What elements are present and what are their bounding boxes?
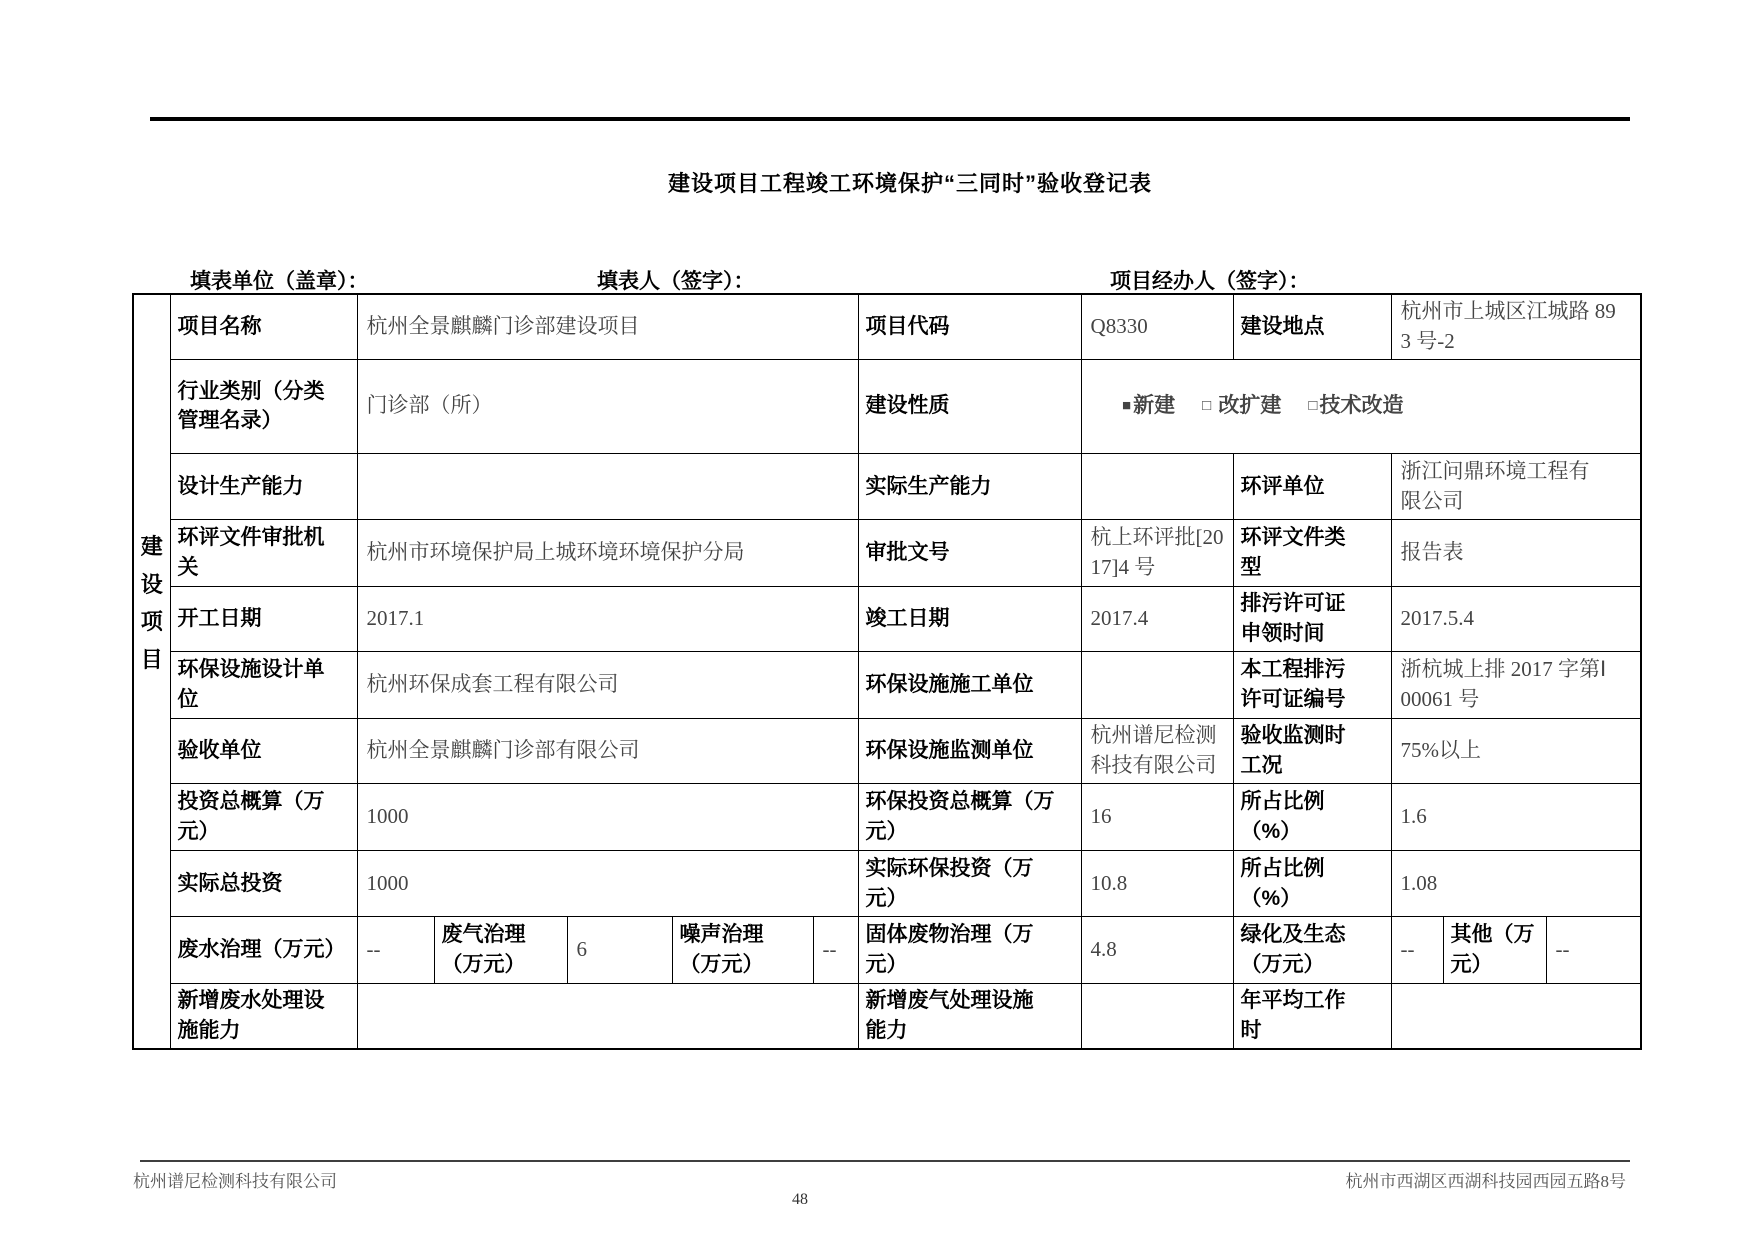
label-actual-env-proportion: 所占比例 （%） (1233, 851, 1391, 917)
construction-nature-option-tech: □技术改造 (1308, 393, 1403, 417)
label-industry-category: 行业类别（分类 管理名录） (170, 359, 357, 453)
value-other-cost: -- (1546, 917, 1641, 984)
value-eia-doc-type: 报告表 (1391, 520, 1641, 587)
value-wastewater-treatment: -- (357, 917, 434, 984)
label-permit-application-time: 排污许可证 申领时间 (1233, 587, 1391, 652)
value-actual-env-investment: 10.8 (1081, 851, 1233, 917)
label-construction-nature: 建设性质 (858, 359, 1081, 453)
label-eia-unit: 环评单位 (1233, 454, 1391, 520)
value-industry-category: 门诊部（所） (357, 359, 858, 453)
footer-horizontal-rule (140, 1160, 1630, 1162)
label-design-capacity: 设计生产能力 (170, 454, 357, 520)
label-start-date: 开工日期 (170, 587, 357, 652)
label-solid-waste-treatment: 固体废物治理（万 元） (858, 917, 1081, 984)
label-actual-capacity: 实际生产能力 (858, 454, 1081, 520)
value-acceptance-monitoring-condition: 75%以上 (1391, 719, 1641, 784)
footer-company-address: 杭州市西湖区西湖科技园西园五路8号 (1346, 1167, 1627, 1192)
footer-company-name: 杭州谱尼检测科技有限公司 (133, 1167, 337, 1192)
label-project-name: 项目名称 (170, 294, 357, 359)
value-start-date: 2017.1 (357, 587, 858, 652)
value-solid-waste-treatment: 4.8 (1081, 917, 1233, 984)
fill-unit-label: 填表单位（盖章）： (190, 265, 369, 295)
checkbox-unchecked-icon: □ (1308, 398, 1317, 414)
page-number: 48 (792, 1191, 808, 1209)
checkbox-checked-icon: ■ (1122, 398, 1131, 414)
label-env-facility-monitoring-unit: 环保设施监测单位 (858, 719, 1081, 784)
label-other-cost: 其他（万 元） (1443, 917, 1546, 984)
fill-person-label: 填表人（签字）： (597, 265, 755, 295)
top-horizontal-rule (150, 117, 1630, 121)
value-approval-doc-number: 杭上环评批[20 17]4 号 (1081, 520, 1233, 587)
label-permit-number: 本工程排污 许可证编号 (1233, 652, 1391, 719)
option-label-expand: 改扩建 (1213, 393, 1281, 417)
label-total-investment-estimate: 投资总概算（万 元） (170, 784, 357, 851)
label-completion-date: 竣工日期 (858, 587, 1081, 652)
option-label-new: 新建 (1133, 393, 1175, 417)
value-completion-date: 2017.4 (1081, 587, 1233, 652)
label-annual-working-hours: 年平均工作 时 (1233, 984, 1391, 1049)
label-noise-treatment: 噪声治理 （万元） (672, 917, 813, 984)
value-env-investment-proportion: 1.6 (1391, 784, 1641, 851)
value-new-waste-gas-capacity (1081, 984, 1233, 1049)
option-label-tech: 技术改造 (1319, 393, 1403, 417)
label-actual-env-investment: 实际环保投资（万 元） (858, 851, 1081, 917)
label-new-wastewater-capacity: 新增废水处理设 施能力 (170, 984, 357, 1049)
label-eia-doc-type: 环评文件类 型 (1233, 520, 1391, 587)
label-greening-ecology: 绿化及生态 （万元） (1233, 917, 1391, 984)
value-project-code: Q8330 (1081, 294, 1233, 359)
value-construction-nature: ■新建□ 改扩建□技术改造 (1081, 359, 1641, 453)
label-acceptance-unit: 验收单位 (170, 719, 357, 784)
label-acceptance-monitoring-condition: 验收监测时 工况 (1233, 719, 1391, 784)
project-handler-label: 项目经办人（签字）： (1110, 265, 1310, 295)
document-page: { "page": { "title": "建设项目工程竣工环境保护“三同时”验… (0, 0, 1754, 1240)
label-wastewater-treatment: 废水治理（万元） (170, 917, 357, 984)
value-new-wastewater-capacity (357, 984, 858, 1049)
value-project-name: 杭州全景麒麟门诊部建设项目 (357, 294, 858, 359)
value-permit-number: 浙杭城上排 2017 字第Ⅰ 00061 号 (1391, 652, 1641, 719)
label-env-facility-design-unit: 环保设施设计单 位 (170, 652, 357, 719)
label-new-waste-gas-capacity: 新增废气处理设施 能力 (858, 984, 1081, 1049)
value-acceptance-unit: 杭州全景麒麟门诊部有限公司 (357, 719, 858, 784)
value-total-investment-estimate: 1000 (357, 784, 858, 851)
table-side-header: 建设项目 (133, 294, 170, 1049)
value-env-investment-estimate: 16 (1081, 784, 1233, 851)
value-construction-site: 杭州市上城区江城路 89 3 号-2 (1391, 294, 1641, 359)
label-env-facility-construction-unit: 环保设施施工单位 (858, 652, 1081, 719)
construction-nature-option-expand: □ 改扩建 (1202, 393, 1281, 417)
value-design-capacity (357, 454, 858, 520)
label-env-investment-proportion: 所占比例 （%） (1233, 784, 1391, 851)
value-env-facility-design-unit: 杭州环保成套工程有限公司 (357, 652, 858, 719)
value-noise-treatment: -- (813, 917, 858, 984)
label-actual-total-investment: 实际总投资 (170, 851, 357, 917)
registration-table: 建设项目 项目名称 杭州全景麒麟门诊部建设项目 项目代码 Q8330 建设地点 … (132, 293, 1642, 1050)
value-eia-unit: 浙江问鼎环境工程有 限公司 (1391, 454, 1641, 520)
value-actual-capacity (1081, 454, 1233, 520)
label-eia-approval-authority: 环评文件审批机 关 (170, 520, 357, 587)
value-env-facility-monitoring-unit: 杭州谱尼检测 科技有限公司 (1081, 719, 1233, 784)
label-env-investment-estimate: 环保投资总概算（万 元） (858, 784, 1081, 851)
value-actual-env-proportion: 1.08 (1391, 851, 1641, 917)
checkbox-unchecked-icon: □ (1202, 398, 1211, 414)
value-waste-gas-treatment: 6 (567, 917, 672, 984)
value-env-facility-construction-unit (1081, 652, 1233, 719)
value-actual-total-investment: 1000 (357, 851, 858, 917)
value-annual-working-hours (1391, 984, 1641, 1049)
value-permit-application-time: 2017.5.4 (1391, 587, 1641, 652)
label-construction-site: 建设地点 (1233, 294, 1391, 359)
value-eia-approval-authority: 杭州市环境保护局上城环境环境保护分局 (357, 520, 858, 587)
construction-nature-option-new: ■新建 (1122, 393, 1175, 417)
page-title: 建设项目工程竣工环境保护“三同时”验收登记表 (668, 167, 1152, 198)
side-header-text: 建设项目 (140, 528, 164, 679)
label-approval-doc-number: 审批文号 (858, 520, 1081, 587)
label-waste-gas-treatment: 废气治理 （万元） (434, 917, 567, 984)
value-greening-ecology: -- (1391, 917, 1443, 984)
label-project-code: 项目代码 (858, 294, 1081, 359)
